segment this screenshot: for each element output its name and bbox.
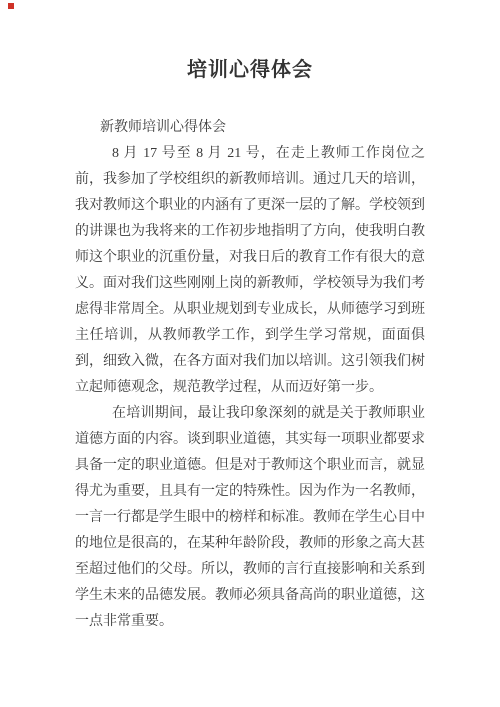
document-page: 培训心得体会 新教师培训心得体会 8 月 17 号至 8 月 21 号，在走上教… — [0, 0, 500, 707]
document-body: 新教师培训心得体会 8 月 17 号至 8 月 21 号，在走上教师工作岗位之前… — [75, 115, 425, 635]
document-subtitle: 新教师培训心得体会 — [75, 115, 425, 141]
paragraph-1: 8 月 17 号至 8 月 21 号，在走上教师工作岗位之前，我参加了学校组织的… — [75, 141, 425, 401]
document-title: 培训心得体会 — [0, 0, 500, 82]
corner-marker-icon — [8, 3, 14, 9]
paragraph-2: 在培训期间，最让我印象深刻的就是关于教师职业道德方面的内容。谈到职业道德，其实每… — [75, 401, 425, 635]
